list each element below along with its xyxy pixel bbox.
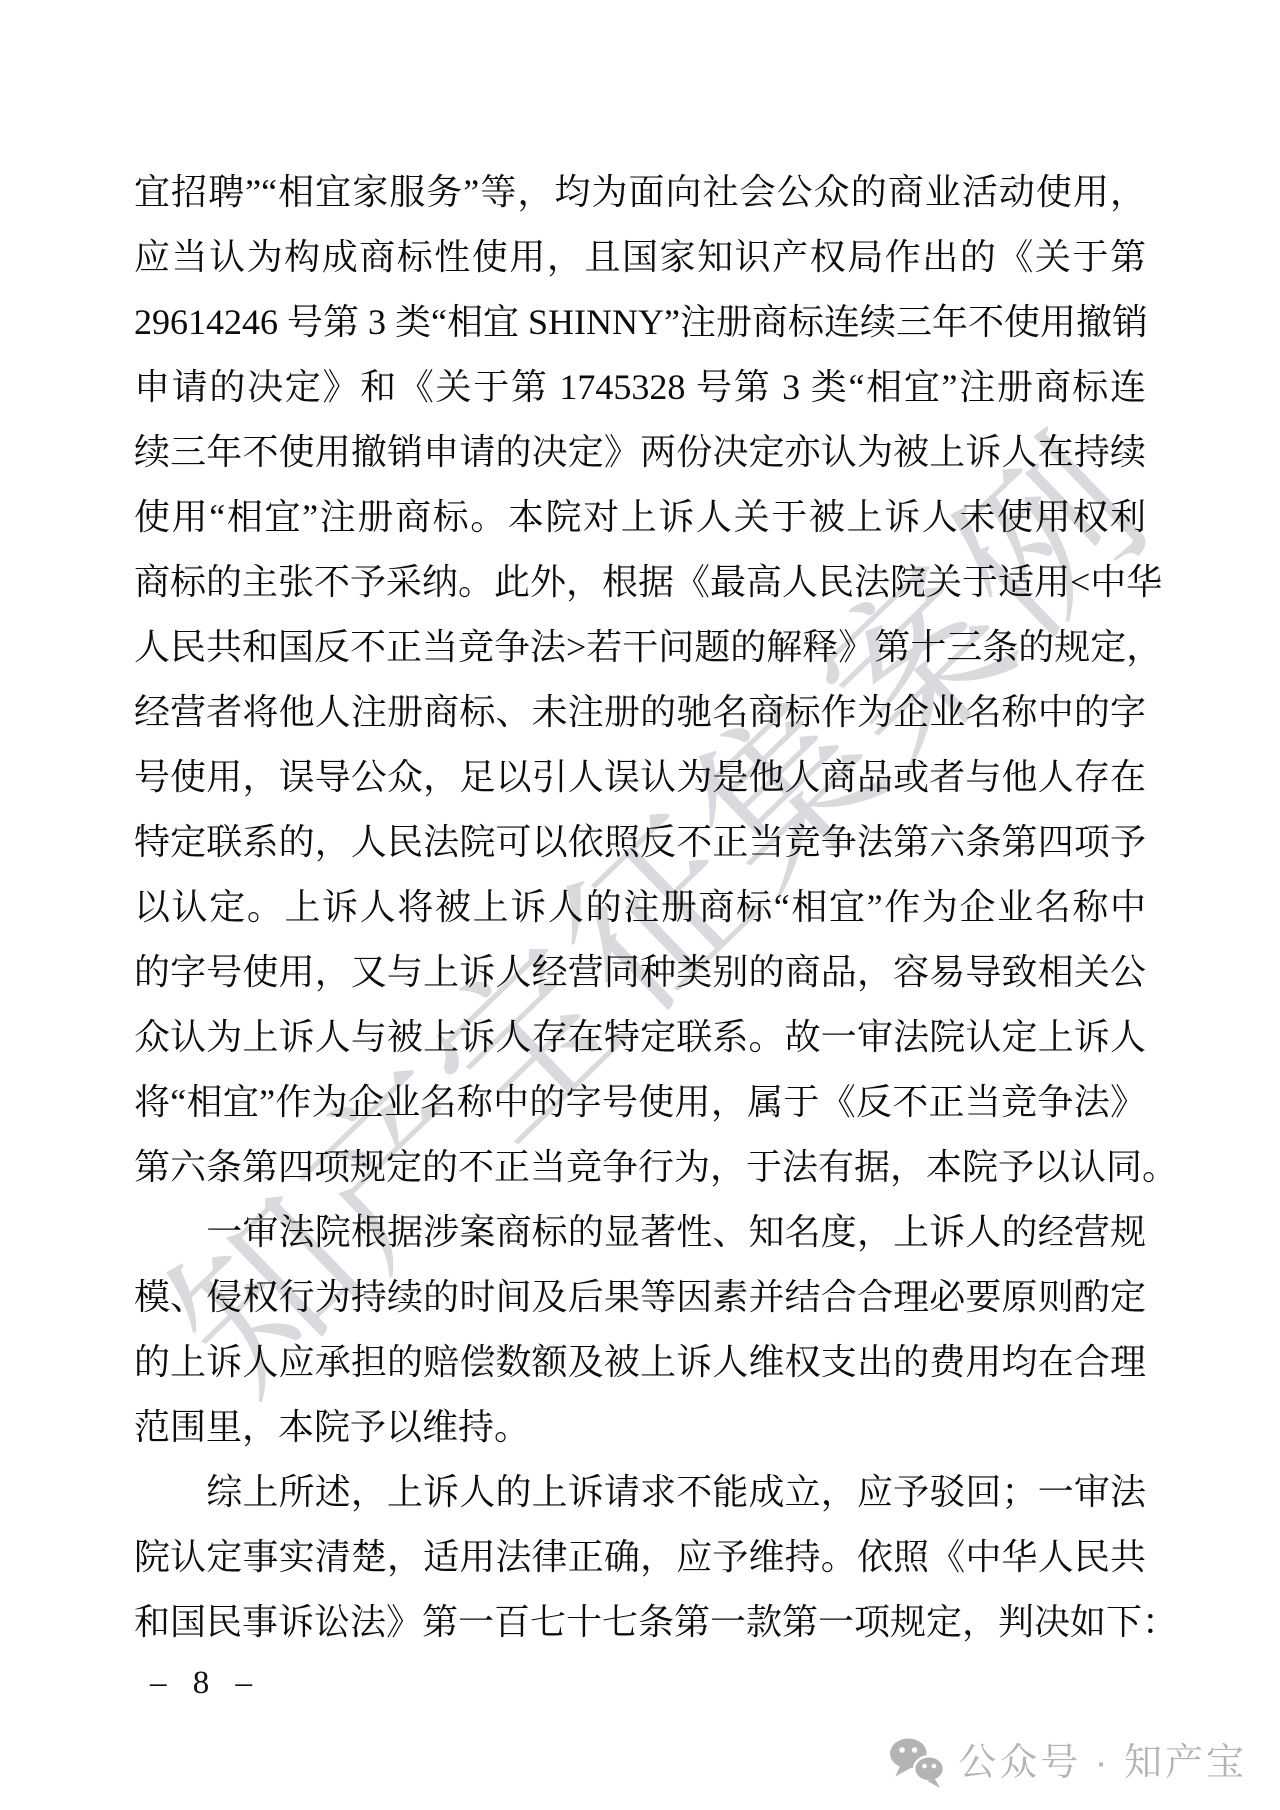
text-line: 29614246 号第 3 类“相宜 SHINNY”注册商标连续三年不使用撤销 (134, 290, 1146, 355)
text-line: 和国民事诉讼法》第一百七十七条第一款第一项规定，判决如下： (134, 1590, 1146, 1655)
text-line: 申请的决定》和《关于第 1745328 号第 3 类“相宜”注册商标连 (134, 355, 1146, 420)
text-line: 宜招聘”“相宜家服务”等，均为面向社会公众的商业活动使用， (134, 160, 1146, 225)
text-line: 的上诉人应承担的赔偿数额及被上诉人维权支出的费用均在合理 (134, 1330, 1146, 1395)
text-line: 综上所述，上诉人的上诉请求不能成立，应予驳回；一审法 (134, 1460, 1146, 1525)
document-page: 知产宝征集案例 宜招聘”“相宜家服务”等，均为面向社会公众的商业活动使用，应当认… (0, 0, 1280, 1810)
text-line: 特定联系的，人民法院可以依照反不正当竞争法第六条第四项予 (134, 810, 1146, 875)
text-line: 院认定事实清楚，适用法律正确，应予维持。依照《中华人民共 (134, 1525, 1146, 1590)
text-line: 以认定。上诉人将被上诉人的注册商标“相宜”作为企业名称中 (134, 875, 1146, 940)
text-line: 模、侵权行为持续的时间及后果等因素并结合合理必要原则酌定 (134, 1265, 1146, 1330)
text-line: 商标的主张不予采纳。此外，根据《最高人民法院关于适用<中华 (134, 550, 1146, 615)
footer-brand: 公众号 · 知产宝 (888, 1736, 1247, 1790)
text-line: 众认为上诉人与被上诉人存在特定联系。故一审法院认定上诉人 (134, 1005, 1146, 1070)
text-line: 人民共和国反不正当竞争法>若干问题的解释》第十三条的规定， (134, 615, 1146, 680)
document-body: 宜招聘”“相宜家服务”等，均为面向社会公众的商业活动使用，应当认为构成商标性使用… (134, 160, 1146, 1655)
text-line: 的字号使用，又与上诉人经营同种类别的商品，容易导致相关公 (134, 940, 1146, 1005)
text-line: 应当认为构成商标性使用，且国家知识产权局作出的《关于第 (134, 225, 1146, 290)
footer-brand-label: 公众号 · 知产宝 (958, 1736, 1247, 1790)
text-line: 经营者将他人注册商标、未注册的驰名商标作为企业名称中的字 (134, 680, 1146, 745)
text-line: 使用“相宜”注册商标。本院对上诉人关于被上诉人未使用权利 (134, 485, 1146, 550)
text-line: 续三年不使用撤销申请的决定》两份决定亦认为被上诉人在持续 (134, 420, 1146, 485)
text-line: 范围里，本院予以维持。 (134, 1395, 1146, 1460)
text-line: 号使用，误导公众，足以引人误认为是他人商品或者与他人存在 (134, 745, 1146, 810)
page-number: – 8 – (150, 1665, 261, 1702)
wechat-icon (888, 1737, 946, 1789)
text-line: 一审法院根据涉案商标的显著性、知名度，上诉人的经营规 (134, 1200, 1146, 1265)
text-line: 将“相宜”作为企业名称中的字号使用，属于《反不正当竞争法》 (134, 1070, 1146, 1135)
text-line: 第六条第四项规定的不正当竞争行为，于法有据，本院予以认同。 (134, 1135, 1146, 1200)
